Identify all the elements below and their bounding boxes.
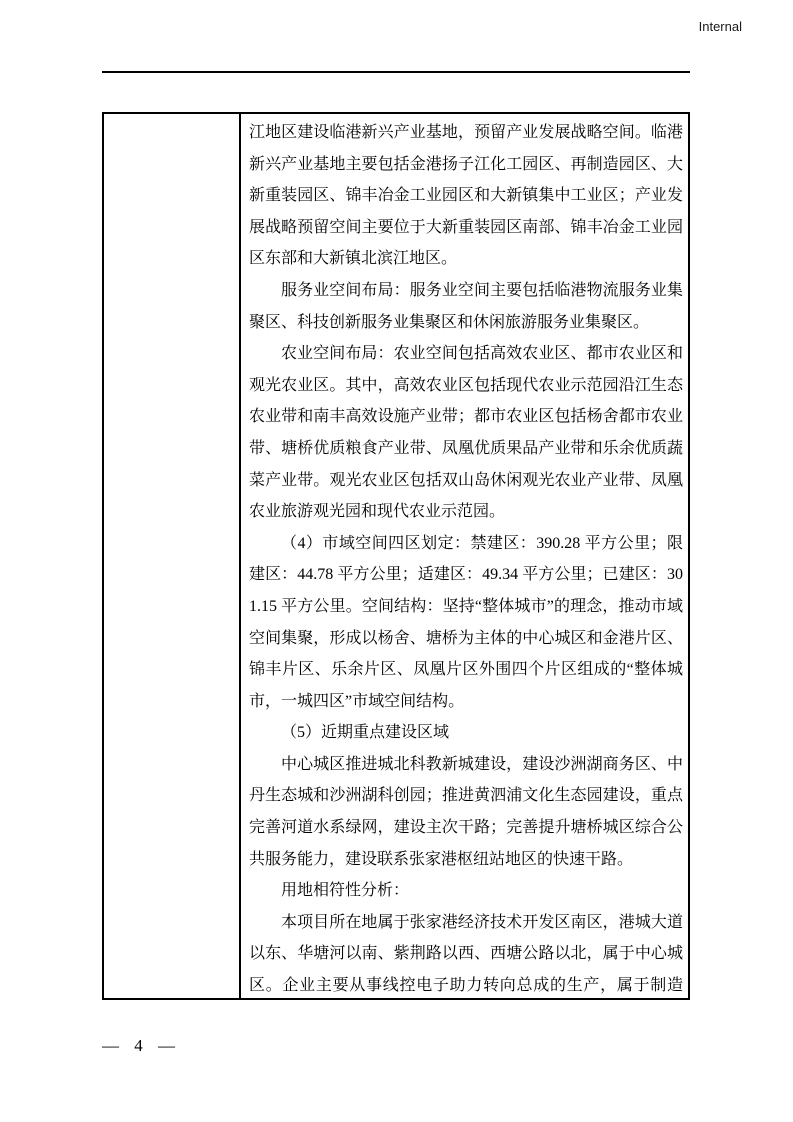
classification-label: Internal — [699, 19, 742, 34]
body-paragraph: （4）市域空间四区划定：禁建区：390.28 平方公里；限建区：44.78 平方… — [249, 528, 683, 718]
table-label-cell — [104, 114, 241, 998]
body-paragraph: 农业空间布局：农业空间包括高效农业区、都市农业区和观光农业区。其中，高效农业区包… — [249, 338, 683, 528]
page-number: — 4 — — [102, 1036, 176, 1056]
body-paragraph: 江地区建设临港新兴产业基地，预留产业发展战略空间。临港新兴产业基地主要包括金港扬… — [249, 117, 683, 275]
header-rule-divider — [102, 71, 690, 73]
document-page: Internal 江地区建设临港新兴产业基地，预留产业发展战略空间。临港新兴产业… — [0, 0, 793, 1122]
content-table: 江地区建设临港新兴产业基地，预留产业发展战略空间。临港新兴产业基地主要包括金港扬… — [102, 112, 690, 1000]
body-paragraph: 用地相符性分析： — [249, 875, 683, 907]
body-paragraph: 本项目所在地属于张家港经济技术开发区南区，港城大道以东、华塘河以南、紫荆路以西、… — [249, 907, 683, 998]
body-paragraph: 服务业空间布局：服务业空间主要包括临港物流服务业集聚区、科技创新服务业集聚区和休… — [249, 275, 683, 338]
table-text-cell: 江地区建设临港新兴产业基地，预留产业发展战略空间。临港新兴产业基地主要包括金港扬… — [241, 114, 688, 998]
body-paragraph: 中心城区推进城北科教新城建设，建设沙洲湖商务区、中丹生态城和沙洲湖科创园；推进黄… — [249, 749, 683, 875]
body-paragraph: （5）近期重点建设区域 — [249, 717, 683, 749]
